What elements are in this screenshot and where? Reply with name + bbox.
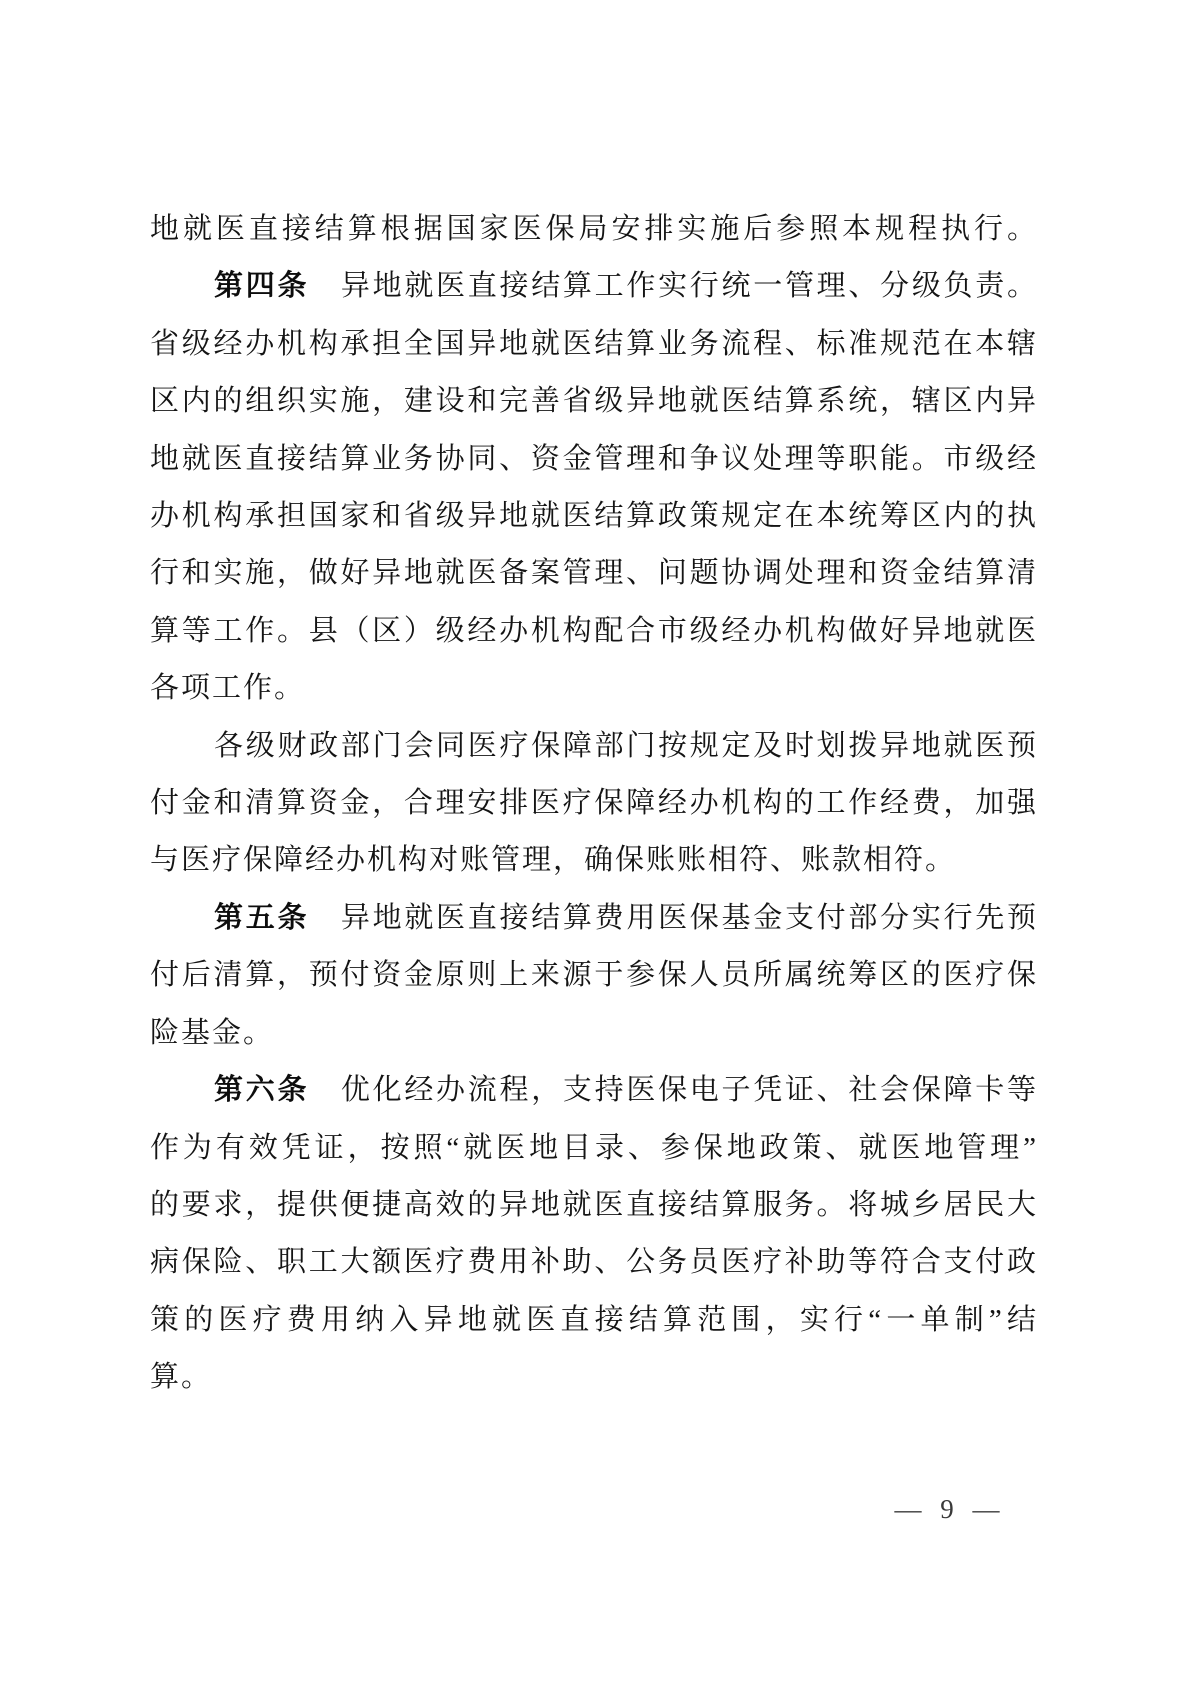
text-line: 各级财政部门会同医疗保障部门按规定及时划拨异地就医预	[150, 718, 1036, 775]
text-line: 险基金。	[150, 1005, 1036, 1062]
line-text: 异地就医直接结算工作实行统一管理、分级负责。	[309, 270, 1036, 302]
document-page: 地就医直接结算根据国家医保局安排实施后参照本规程执行。 第四条 异地就医直接结算…	[0, 0, 1190, 1683]
text-line: 算等工作。县（区）级经办机构配合市级经办机构做好异地就医	[150, 603, 1036, 660]
text-line: 策的医疗费用纳入异地就医直接结算范围，实行“一单制”结	[150, 1292, 1036, 1349]
text-line: 的要求，提供便捷高效的异地就医直接结算服务。将城乡居民大	[150, 1177, 1036, 1234]
text-line: 算。	[150, 1349, 1036, 1406]
line-text: 各级财政部门会同医疗保障部门按规定及时划拨异地就医预	[214, 730, 1036, 762]
text-line: 区内的组织实施，建设和完善省级异地就医结算系统，辖区内异	[150, 373, 1036, 430]
line-text: 算等工作。县（区）级经办机构配合市级经办机构做好异地就医	[150, 615, 1036, 647]
line-text: 的要求，提供便捷高效的异地就医直接结算服务。将城乡居民大	[150, 1189, 1036, 1221]
line-text: 省级经办机构承担全国异地就医结算业务流程、标准规范在本辖	[150, 328, 1036, 360]
text-line: 省级经办机构承担全国异地就医结算业务流程、标准规范在本辖	[150, 316, 1036, 373]
text-line: 病保险、职工大额医疗费用补助、公务员医疗补助等符合支付政	[150, 1234, 1036, 1291]
page-number: — 9 —	[880, 1494, 1020, 1525]
article-number: 第六条	[214, 1074, 309, 1106]
line-text: 地就医直接结算业务协同、资金管理和争议处理等职能。市级经	[150, 443, 1036, 475]
line-text: 付后清算，预付资金原则上来源于参保人员所属统筹区的医疗保	[150, 959, 1036, 991]
article-number: 第四条	[214, 270, 309, 302]
text-line: 各项工作。	[150, 660, 1036, 717]
text-line: 与医疗保障经办机构对账管理，确保账账相符、账款相符。	[150, 832, 1036, 889]
text-line: 办机构承担国家和省级异地就医结算政策规定在本统筹区内的执	[150, 488, 1036, 545]
line-text: 异地就医直接结算费用医保基金支付部分实行先预	[309, 902, 1036, 934]
document-body: 地就医直接结算根据国家医保局安排实施后参照本规程执行。 第四条 异地就医直接结算…	[150, 201, 1036, 1407]
line-text: 险基金。	[150, 1017, 274, 1049]
line-text: 办机构承担国家和省级异地就医结算政策规定在本统筹区内的执	[150, 500, 1036, 532]
text-line: 付金和清算资金，合理安排医疗保障经办机构的工作经费，加强	[150, 775, 1036, 832]
line-text: 地就医直接结算根据国家医保局安排实施后参照本规程执行。	[150, 213, 1036, 245]
article-number: 第五条	[214, 902, 309, 934]
text-line: 行和实施，做好异地就医备案管理、问题协调处理和资金结算清	[150, 545, 1036, 602]
text-line: 地就医直接结算业务协同、资金管理和争议处理等职能。市级经	[150, 431, 1036, 488]
line-text: 区内的组织实施，建设和完善省级异地就医结算系统，辖区内异	[150, 385, 1036, 417]
text-line: 付后清算，预付资金原则上来源于参保人员所属统筹区的医疗保	[150, 947, 1036, 1004]
text-line: 作为有效凭证，按照“就医地目录、参保地政策、就医地管理”	[150, 1120, 1036, 1177]
line-text: 行和实施，做好异地就医备案管理、问题协调处理和资金结算清	[150, 557, 1036, 589]
line-text: 优化经办流程，支持医保电子凭证、社会保障卡等	[309, 1074, 1036, 1106]
line-text: 病保险、职工大额医疗费用补助、公务员医疗补助等符合支付政	[150, 1246, 1036, 1278]
line-text: 付金和清算资金，合理安排医疗保障经办机构的工作经费，加强	[150, 787, 1036, 819]
text-line: 第四条 异地就医直接结算工作实行统一管理、分级负责。	[150, 258, 1036, 315]
text-line: 地就医直接结算根据国家医保局安排实施后参照本规程执行。	[150, 201, 1036, 258]
line-text: 与医疗保障经办机构对账管理，确保账账相符、账款相符。	[150, 844, 956, 876]
line-text: 各项工作。	[150, 672, 305, 704]
line-text: 作为有效凭证，按照“就医地目录、参保地政策、就医地管理”	[150, 1132, 1036, 1164]
line-text: 算。	[150, 1361, 212, 1393]
line-text: 策的医疗费用纳入异地就医直接结算范围，实行“一单制”结	[150, 1304, 1036, 1336]
text-line: 第五条 异地就医直接结算费用医保基金支付部分实行先预	[150, 890, 1036, 947]
text-line: 第六条 优化经办流程，支持医保电子凭证、社会保障卡等	[150, 1062, 1036, 1119]
